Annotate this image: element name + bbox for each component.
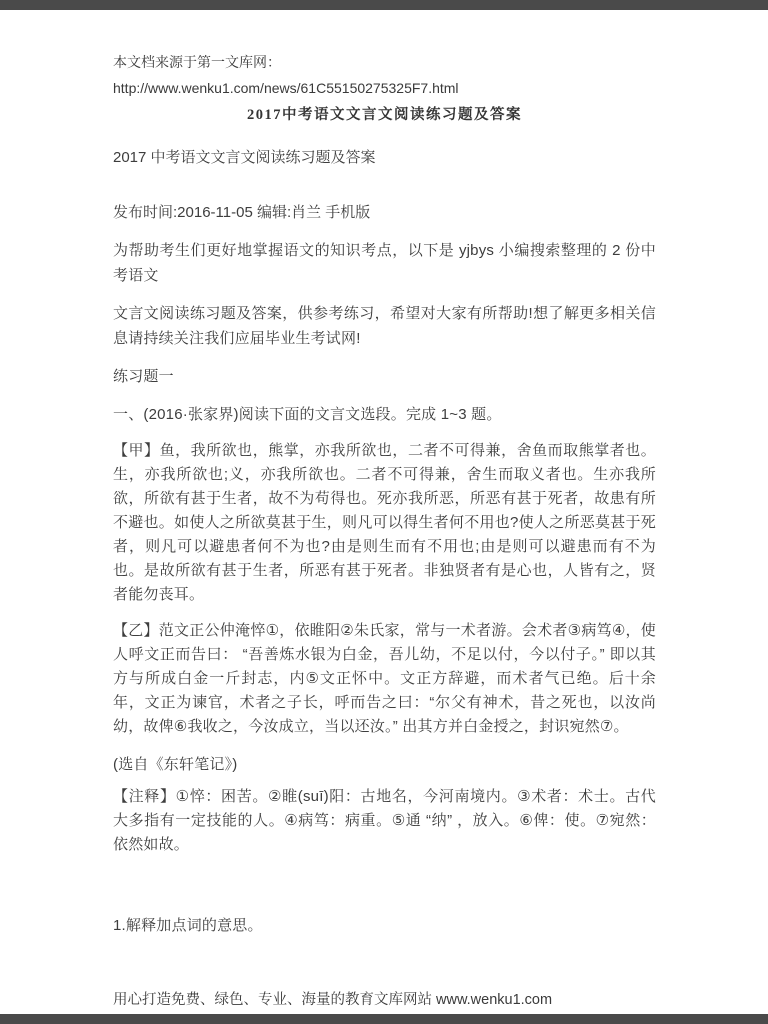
site-footer: 用心打造免费、绿色、专业、海量的教育文库网站 www.wenku1.com	[113, 988, 656, 1013]
article-meta: 发布时间:2016-11-05 编辑:肖兰 手机版	[113, 200, 656, 225]
intro-paragraph-2: 文言文阅读练习题及答案，供参考练习，希望对大家有所帮助!想了解更多相关信息请持续…	[113, 301, 656, 351]
question-1: 1.解释加点词的意思。	[113, 913, 656, 938]
passage-yi: 【乙】范文正公仲淹悴①，依睢阳②朱氏家，常与一术者游。会术者③病笃④，使人呼文正…	[113, 619, 656, 739]
document-page: 本文档来源于第一文库网： http://www.wenku1.com/news/…	[0, 0, 768, 1024]
source-notice: 本文档来源于第一文库网： http://www.wenku1.com/news/…	[113, 49, 656, 101]
source-label: 本文档来源于第一文库网：	[113, 49, 656, 75]
source-url[interactable]: http://www.wenku1.com/news/61C5515027532…	[113, 75, 656, 101]
page-bottom-border	[0, 1014, 768, 1024]
annotations: 【注释】①悴：困苦。②睢(suī)阳：古地名，今河南境内。③术者：术士。古代大多…	[113, 785, 656, 857]
passage-jia: 【甲】鱼，我所欲也，熊掌，亦我所欲也，二者不可得兼，舍鱼而取熊掌者也。生，亦我所…	[113, 439, 656, 607]
article-body: 为帮助考生们更好地掌握语文的知识考点，以下是 yjbys 小编搜索整理的 2 份…	[113, 238, 656, 938]
document-title: 2017中考语文文言文阅读练习题及答案	[113, 105, 656, 125]
intro-paragraph-1: 为帮助考生们更好地掌握语文的知识考点，以下是 yjbys 小编搜索整理的 2 份…	[113, 238, 656, 288]
source-reference: (选自《东轩笔记》)	[113, 752, 656, 777]
exercise-heading: 一、(2016·张家界)阅读下面的文言文选段。完成 1~3 题。	[113, 402, 656, 427]
section-label: 练习题一	[113, 364, 656, 389]
article-title: 2017 中考语文文言文阅读练习题及答案	[113, 145, 656, 170]
